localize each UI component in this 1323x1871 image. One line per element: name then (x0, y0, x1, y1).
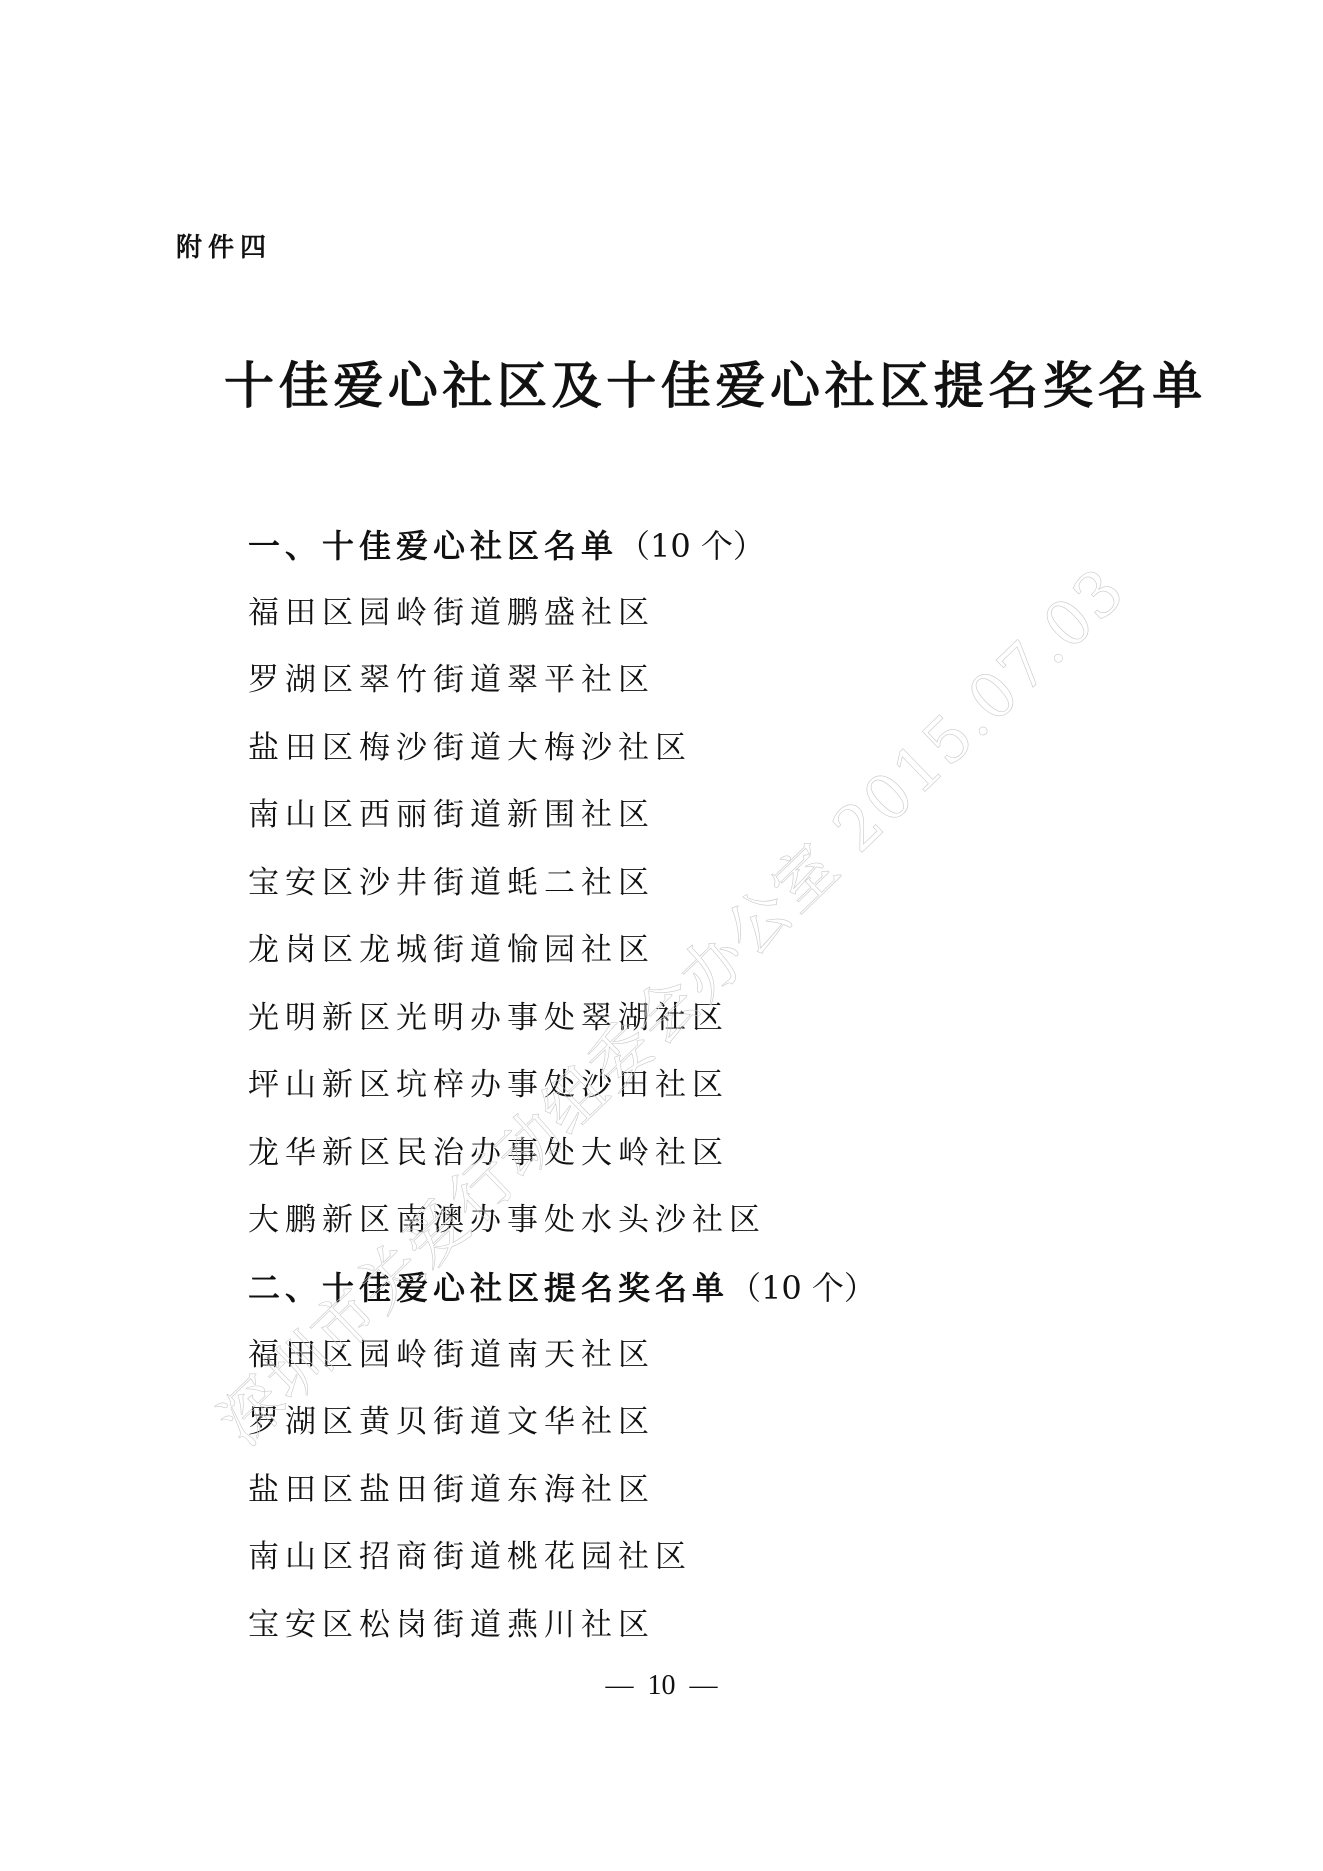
section-count: （10 个） (618, 527, 765, 565)
section-heading-top-ten: 一、十佳爱心社区名单（10 个） (248, 526, 765, 566)
page-number: — 10 — (0, 1668, 1323, 1704)
attachment-label: 附件四 (176, 232, 272, 264)
list-item: 南山区招商街道桃花园社区 (248, 1537, 692, 1577)
section-heading-nominees: 二、十佳爱心社区提名奖名单（10 个） (248, 1268, 876, 1308)
section-count: （10 个） (729, 1269, 876, 1307)
list-item: 坪山新区坑梓办事处沙田社区 (248, 1065, 729, 1105)
list-item: 宝安区松岗街道燕川社区 (248, 1605, 655, 1645)
list-item: 龙华新区民治办事处大岭社区 (248, 1133, 729, 1173)
list-item: 福田区园岭街道南天社区 (248, 1335, 655, 1375)
list-item: 福田区园岭街道鹏盛社区 (248, 593, 655, 633)
document-page: 附件四 十佳爱心社区及十佳爱心社区提名奖名单 一、十佳爱心社区名单（10 个） … (0, 0, 1323, 1871)
list-item: 大鹏新区南澳办事处水头沙社区 (248, 1200, 766, 1240)
list-item: 光明新区光明办事处翠湖社区 (248, 998, 729, 1038)
list-item: 宝安区沙井街道蚝二社区 (248, 863, 655, 903)
list-item: 盐田区盐田街道东海社区 (248, 1470, 655, 1510)
list-item: 罗湖区黄贝街道文华社区 (248, 1402, 655, 1442)
list-item: 南山区西丽街道新围社区 (248, 795, 655, 835)
page-title: 十佳爱心社区及十佳爱心社区提名奖名单 (224, 356, 1104, 416)
section-heading-text: 一、十佳爱心社区名单 (248, 527, 618, 565)
section-heading-text: 二、十佳爱心社区提名奖名单 (248, 1269, 729, 1307)
list-item: 盐田区梅沙街道大梅沙社区 (248, 728, 692, 768)
list-item: 罗湖区翠竹街道翠平社区 (248, 660, 655, 700)
list-item: 龙岗区龙城街道愉园社区 (248, 930, 655, 970)
